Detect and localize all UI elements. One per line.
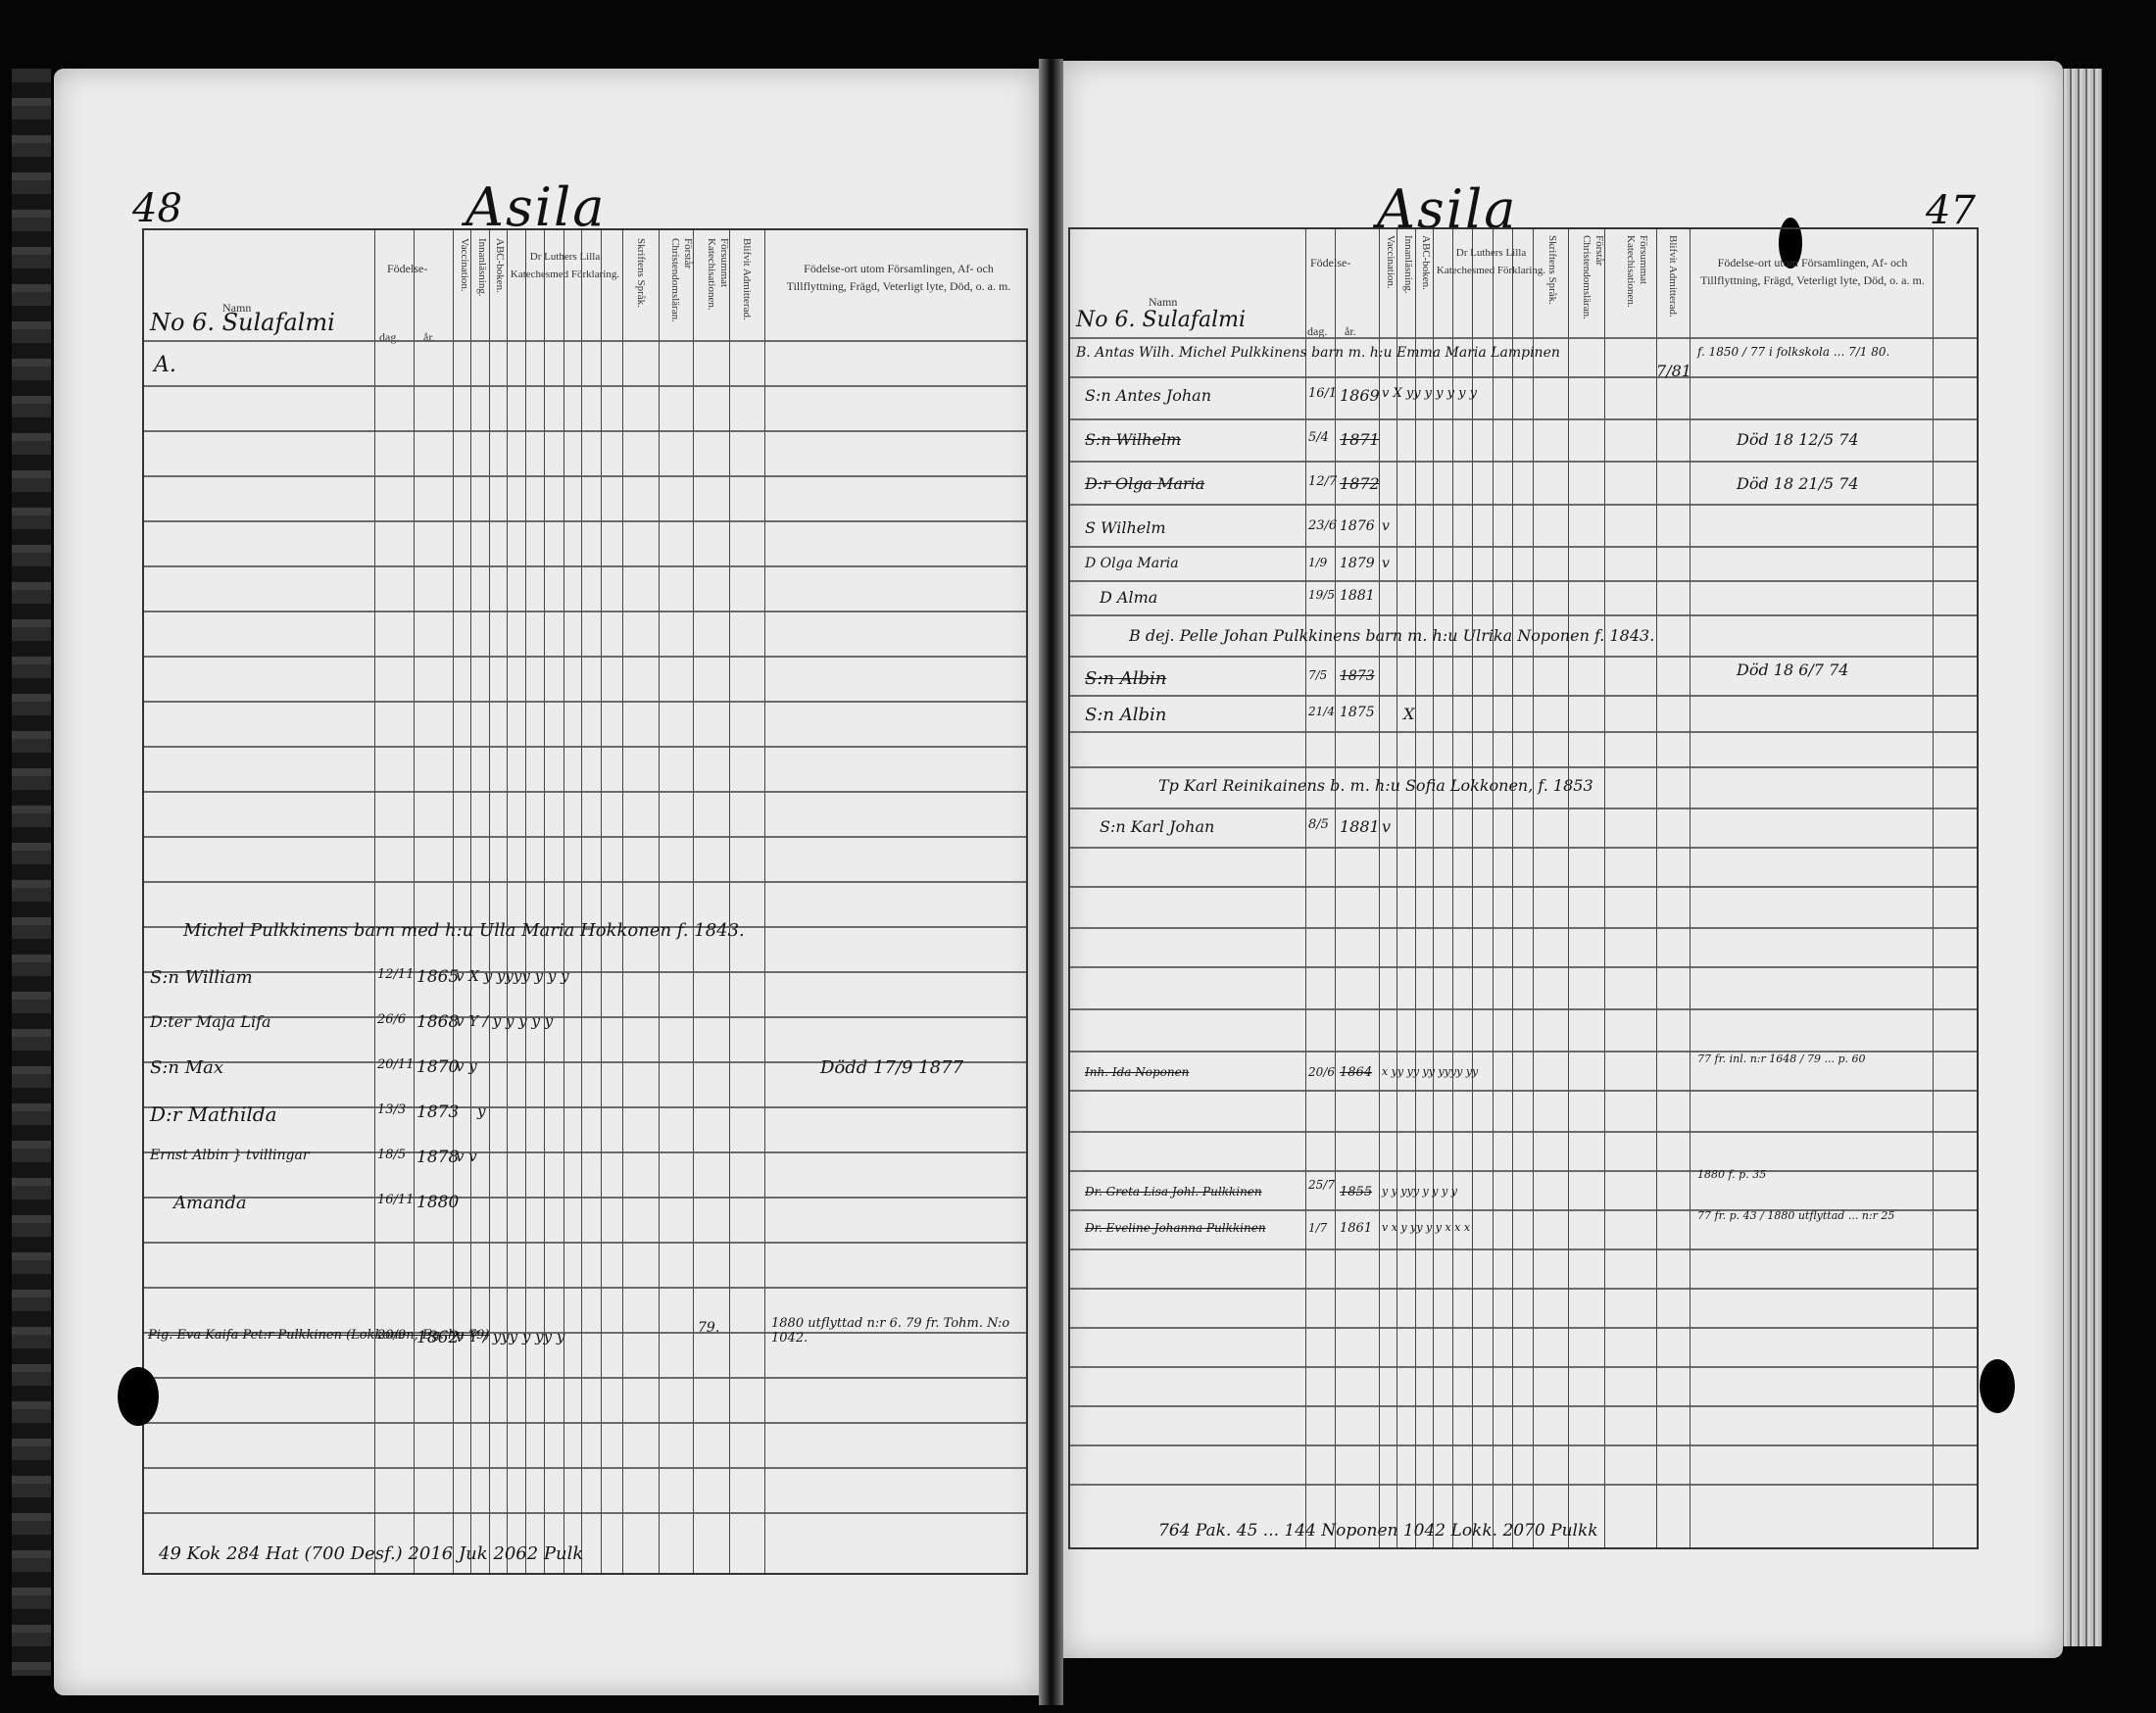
header-birth: Födelse- bbox=[387, 260, 427, 277]
header-admitted: Blifvit Admitterad. bbox=[1666, 235, 1679, 343]
row-year: 1881 bbox=[1340, 588, 1375, 604]
row-remarks: 1880 utflyttad n:r 6. 79 fr. Tohm. N:o 1… bbox=[771, 1316, 1016, 1346]
header-admitted: Blifvit Admitterad. bbox=[740, 238, 753, 346]
family-header: Tp Karl Reinikainens b. m. h:u Sofia Lok… bbox=[1158, 776, 1593, 795]
row-name: Dr. Greta Lisa Johl. Pulkkinen bbox=[1085, 1185, 1262, 1199]
row-year: 1872 bbox=[1340, 474, 1380, 493]
row-name: S:n Karl Johan bbox=[1100, 817, 1214, 836]
row-marks: y y yyy y y y y bbox=[1382, 1185, 1457, 1198]
header-missed: Försummat Katechisationen. bbox=[705, 238, 730, 346]
row-year: 1862 bbox=[416, 1328, 459, 1347]
row-marks: v bbox=[1382, 518, 1390, 534]
row-name: D:r Mathilda bbox=[150, 1102, 277, 1126]
header-catechism: Dr Luthers Lilla Katechesmed Förklaring. bbox=[1435, 244, 1547, 279]
row-name: Dr. Eveline Johanna Pulkkinen bbox=[1085, 1221, 1266, 1235]
row-name: A. bbox=[154, 353, 176, 377]
header-abc: ABC-boken. bbox=[493, 238, 506, 346]
header-writing: Skriftens Språk. bbox=[1545, 235, 1558, 343]
row-name: S:n Max bbox=[150, 1057, 223, 1078]
row-year: 1876 bbox=[1340, 518, 1375, 534]
row-remarks: Död 18 21/5 74 bbox=[1737, 474, 1859, 493]
header-catechism: Dr Luthers Lilla Katechesmed Förklaring. bbox=[509, 248, 621, 283]
row-year: 1881 bbox=[1340, 817, 1380, 836]
row-marks: v X yy y y y y y bbox=[1382, 386, 1477, 401]
row-day: 19/5 bbox=[1308, 588, 1335, 602]
row-day: 13/3 bbox=[377, 1102, 406, 1117]
row-marks: v x y yy y y x x x bbox=[1382, 1221, 1470, 1234]
row-day: 7/5 bbox=[1308, 668, 1327, 682]
header-birth: Födelse- bbox=[1310, 254, 1350, 271]
row-name: D Alma bbox=[1100, 588, 1157, 607]
family-header: B dej. Pelle Johan Pulkkinens barn m. h:… bbox=[1129, 626, 1654, 645]
row-name: Ernst Albin } tvillingar bbox=[150, 1148, 310, 1163]
row-name: Amanda bbox=[173, 1193, 247, 1213]
left-ledger-table: Namn Födelse- dag. år. Vaccination. Inna… bbox=[142, 228, 1028, 1575]
row-day: 8/5 bbox=[1308, 817, 1329, 832]
row-year: 1878 bbox=[416, 1148, 459, 1167]
row-year: 1870 bbox=[416, 1057, 459, 1077]
row-year: 1875 bbox=[1340, 705, 1375, 720]
row-marks: v Y / yyy y yy y bbox=[456, 1328, 564, 1346]
row-day: 25/7 bbox=[1308, 1178, 1335, 1192]
row-name: S:n Wilhelm bbox=[1085, 430, 1181, 449]
row-day: 21/4 bbox=[1308, 705, 1335, 718]
row-year: 1864 bbox=[1340, 1065, 1372, 1080]
row-day: 12/7 bbox=[1308, 474, 1337, 489]
header-writing: Skriftens Språk. bbox=[634, 238, 647, 346]
header-missed: Försummat Katechisationen. bbox=[1624, 235, 1649, 343]
row-marks: v Y / y y y y y bbox=[456, 1012, 553, 1030]
row-name: S:n Albin bbox=[1085, 705, 1166, 725]
row-day: 12/11 bbox=[377, 967, 414, 982]
header-abc: ABC-boken. bbox=[1419, 235, 1432, 343]
row-name: D:ter Maja Lifa bbox=[150, 1012, 271, 1031]
right-page: 47 Asila Namn Födelse- dag. år. Vaccinat… bbox=[1063, 61, 2063, 1658]
footer-note: 49 Kok 284 Hat (700 Desf.) 2016 Juk 2062… bbox=[159, 1543, 583, 1564]
row-remarks: 1880 f. p. 35 bbox=[1697, 1168, 1766, 1181]
row-day: 20/9 bbox=[377, 1328, 406, 1343]
ink-blot bbox=[1980, 1359, 2015, 1413]
row-name: Inh. Ida Noponen bbox=[1085, 1065, 1189, 1079]
row-marks: v bbox=[1382, 556, 1390, 571]
row-missed: 79. bbox=[698, 1320, 719, 1336]
family-header: B. Antas Wilh. Michel Pulkkinens barn m.… bbox=[1076, 345, 1560, 361]
header-day: dag. bbox=[379, 328, 399, 346]
header-reading: Innanläsning. bbox=[1401, 235, 1414, 343]
row-admitted: 7/81 bbox=[1656, 362, 1691, 380]
row-marks: y bbox=[477, 1102, 485, 1120]
row-year: 1879 bbox=[1340, 556, 1375, 571]
row-marks: v v bbox=[456, 1148, 477, 1165]
row-name: S:n William bbox=[150, 967, 253, 988]
row-day: 23/6 bbox=[1308, 518, 1337, 533]
header-vaccination: Vaccination. bbox=[1384, 235, 1396, 343]
row-year: 1865 bbox=[416, 967, 459, 987]
header-remarks: Födelse-ort utom Församlingen, Af- och T… bbox=[1697, 254, 1928, 289]
row-name: S Wilhelm bbox=[1085, 518, 1166, 537]
row-day: 16/1 bbox=[1308, 386, 1337, 401]
row-day: 1/7 bbox=[1308, 1221, 1327, 1235]
row-name: S:n Antes Johan bbox=[1085, 386, 1211, 405]
row-marks: X bbox=[1403, 705, 1414, 723]
row-remarks: f. 1850 / 77 i folkskola ... 7/1 80. bbox=[1697, 345, 1889, 359]
row-year: 1869 bbox=[1340, 386, 1380, 405]
row-day: 26/6 bbox=[377, 1012, 406, 1027]
row-day: 5/4 bbox=[1308, 430, 1329, 445]
row-year: 1861 bbox=[1340, 1221, 1372, 1236]
row-remarks: 77 fr. p. 43 / 1880 utflyttad ... n:r 25 bbox=[1697, 1209, 1894, 1222]
book-binding-left bbox=[12, 69, 51, 1676]
row-marks: x yy yy yy yyyy yy bbox=[1382, 1065, 1478, 1078]
book-gutter bbox=[1039, 59, 1063, 1705]
row-day: 1/9 bbox=[1308, 556, 1327, 569]
row-remarks: Död 18 12/5 74 bbox=[1737, 430, 1859, 449]
family-header: Michel Pulkkinens barn med h:u Ulla Mari… bbox=[183, 920, 745, 941]
left-page-number: 48 bbox=[132, 186, 182, 231]
header-year: år. bbox=[423, 328, 435, 346]
right-ledger-table: Namn Födelse- dag. år. Vaccination. Inna… bbox=[1068, 227, 1979, 1549]
row-year: 1873 bbox=[416, 1102, 459, 1122]
row-day: 16/11 bbox=[377, 1193, 414, 1207]
row-day: 18/5 bbox=[377, 1148, 406, 1162]
row-marks: v y bbox=[456, 1057, 477, 1075]
row-marks: v bbox=[1382, 817, 1391, 836]
row-name: S:n Albin bbox=[1085, 668, 1166, 689]
row-name: D:r Olga Maria bbox=[1085, 474, 1204, 493]
row-remarks: Dödd 17/9 1877 bbox=[820, 1057, 963, 1078]
row-year: 1855 bbox=[1340, 1185, 1372, 1199]
row-remarks: 77 fr. inl. n:r 1648 / 79 ... p. 60 bbox=[1697, 1052, 1865, 1065]
row-year: 1873 bbox=[1340, 668, 1375, 684]
left-page: 48 Asila Namn Födelse- dag. år. Vaccinat… bbox=[54, 69, 1039, 1695]
homestead-label: No 6. Sulafalmi bbox=[1076, 308, 1246, 332]
homestead-label: No 6. Sulafalmi bbox=[150, 309, 335, 336]
header-understands: Förstår Christendomsläran. bbox=[668, 238, 694, 346]
row-year: 1868 bbox=[416, 1012, 459, 1032]
row-day: 20/6 bbox=[1308, 1065, 1335, 1079]
header-reading: Innanläsning. bbox=[475, 238, 488, 346]
row-remarks: Död 18 6/7 74 bbox=[1737, 661, 1848, 679]
ink-blot bbox=[118, 1367, 159, 1426]
header-vaccination: Vaccination. bbox=[458, 238, 470, 346]
row-year: 1871 bbox=[1340, 430, 1380, 449]
header-understands: Förstår Christendomsläran. bbox=[1580, 235, 1605, 343]
row-name: D Olga Maria bbox=[1085, 556, 1179, 571]
row-day: 20/11 bbox=[377, 1057, 414, 1072]
header-remarks: Födelse-ort utom Församlingen, Af- och T… bbox=[781, 260, 1016, 295]
row-year: 1880 bbox=[416, 1193, 459, 1212]
footer-note: 764 Pak. 45 ... 144 Noponen 1042 Lokk. 2… bbox=[1158, 1521, 1598, 1541]
row-marks: v X y yyyy y y y bbox=[456, 967, 569, 985]
